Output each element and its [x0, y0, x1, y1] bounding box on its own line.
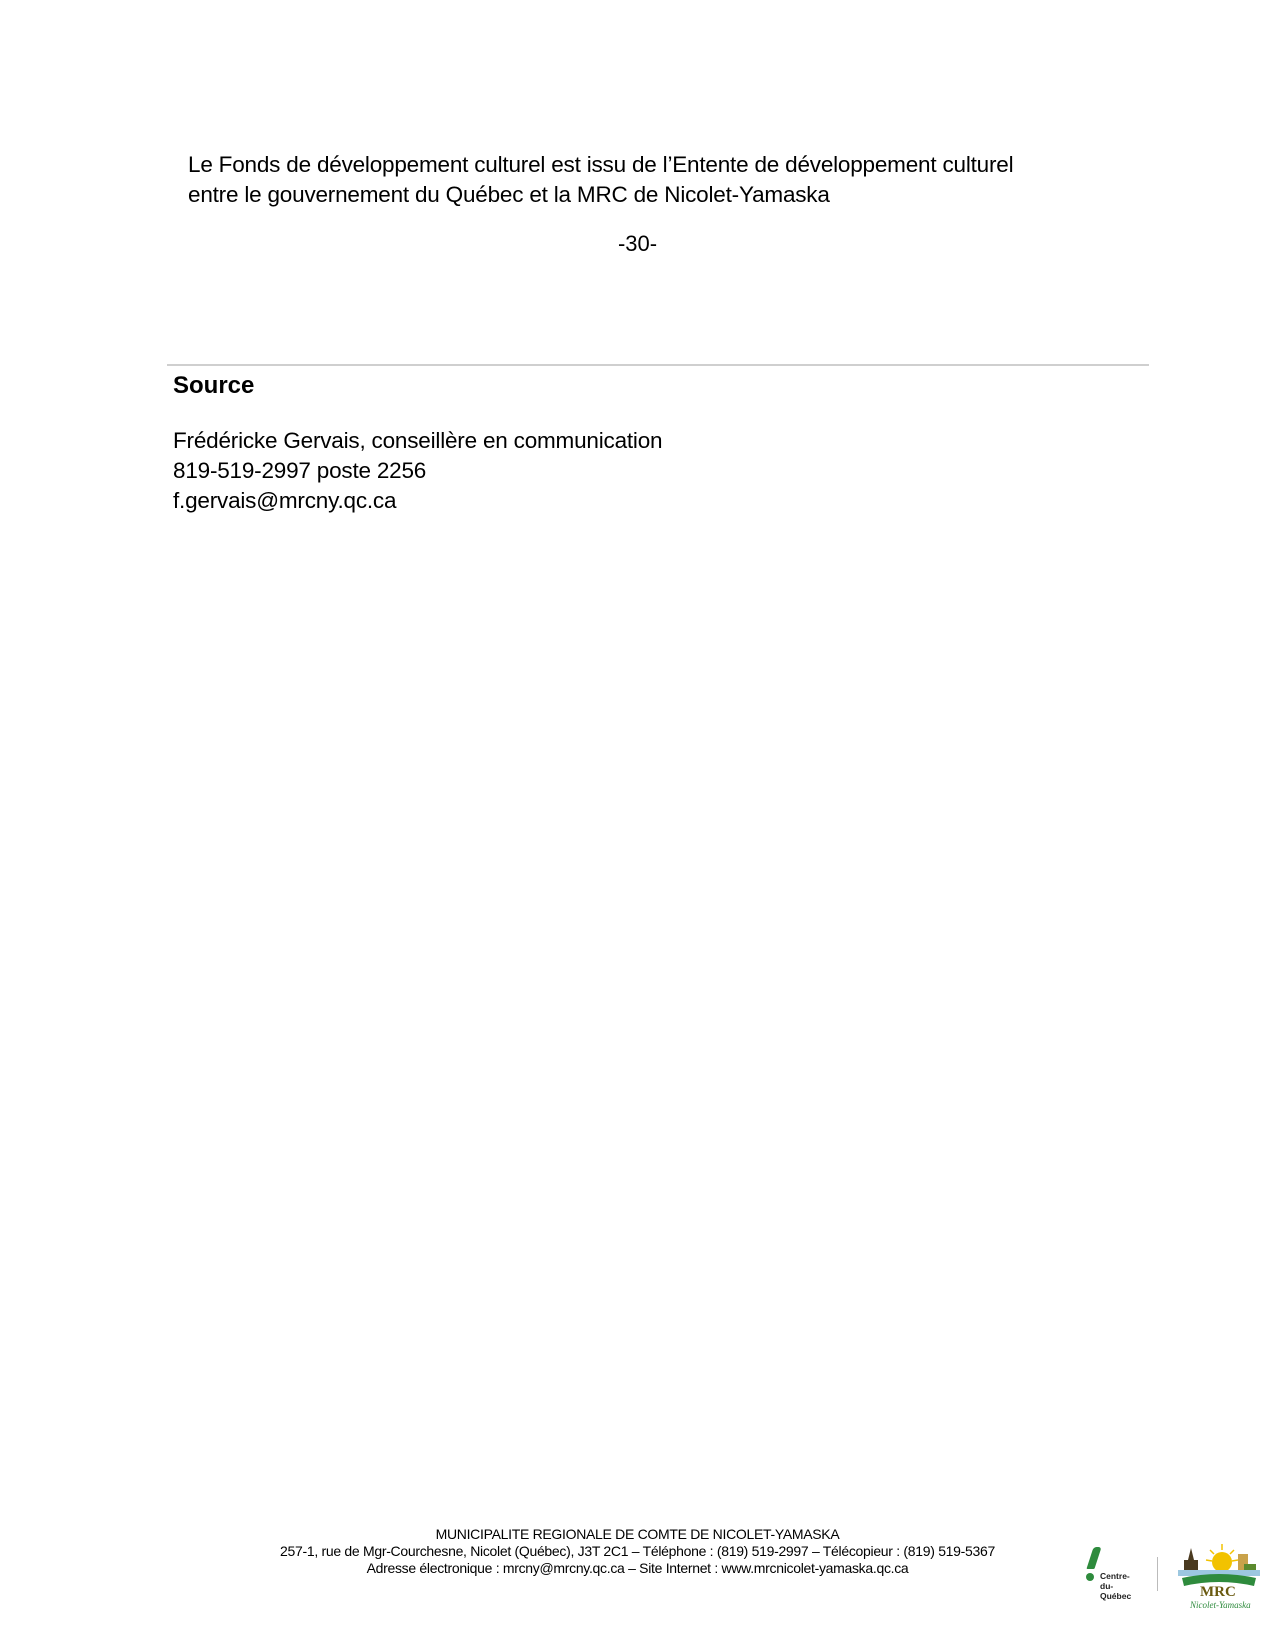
mrc-script: Nicolet-Yamaska: [1190, 1600, 1251, 1610]
exclamation-icon: [1086, 1547, 1101, 1569]
source-contact-block: Frédéricke Gervais, conseillère en commu…: [173, 426, 662, 516]
footer-organization: MUNICIPALITE REGIONALE DE COMTE DE NICOL…: [0, 1526, 1275, 1543]
cdq-line-1: Centre-: [1100, 1571, 1131, 1581]
village-sun-icon: [1178, 1540, 1260, 1590]
contact-name-title: Frédéricke Gervais, conseillère en commu…: [173, 426, 662, 456]
contact-email[interactable]: f.gervais@mrcny.qc.ca: [173, 486, 662, 516]
logo-separator: [1157, 1557, 1158, 1591]
cdq-line-3: Québec: [1100, 1591, 1131, 1601]
source-heading: Source: [173, 372, 254, 400]
footer-contact: Adresse électronique : mrcny@mrcny.qc.ca…: [0, 1560, 1275, 1577]
footer-address: 257-1, rue de Mgr-Courchesne, Nicolet (Q…: [0, 1543, 1275, 1560]
contact-phone: 819-519-2997 poste 2256: [173, 456, 662, 486]
body-paragraph-line-2: entre le gouvernement du Québec et la MR…: [188, 180, 1068, 210]
mrc-nicolet-yamaska-logo: MRC Nicolet-Yamaska: [1178, 1540, 1260, 1612]
end-mark: -30-: [0, 231, 1275, 257]
body-paragraph-line-1: Le Fonds de développement culturel est i…: [188, 150, 1068, 180]
page-footer: MUNICIPALITE REGIONALE DE COMTE DE NICOL…: [0, 1526, 1275, 1577]
centre-du-quebec-label: Centre- du- Québec: [1100, 1571, 1131, 1601]
exclamation-dot-icon: [1086, 1573, 1094, 1581]
body-paragraph: Le Fonds de développement culturel est i…: [188, 150, 1068, 210]
mrc-wordmark: MRC: [1200, 1584, 1236, 1601]
end-mark-text: -30-: [618, 231, 657, 256]
centre-du-quebec-logo: Centre- du- Québec: [1086, 1547, 1146, 1607]
section-divider: [167, 364, 1149, 366]
cdq-line-2: du-: [1100, 1581, 1131, 1591]
